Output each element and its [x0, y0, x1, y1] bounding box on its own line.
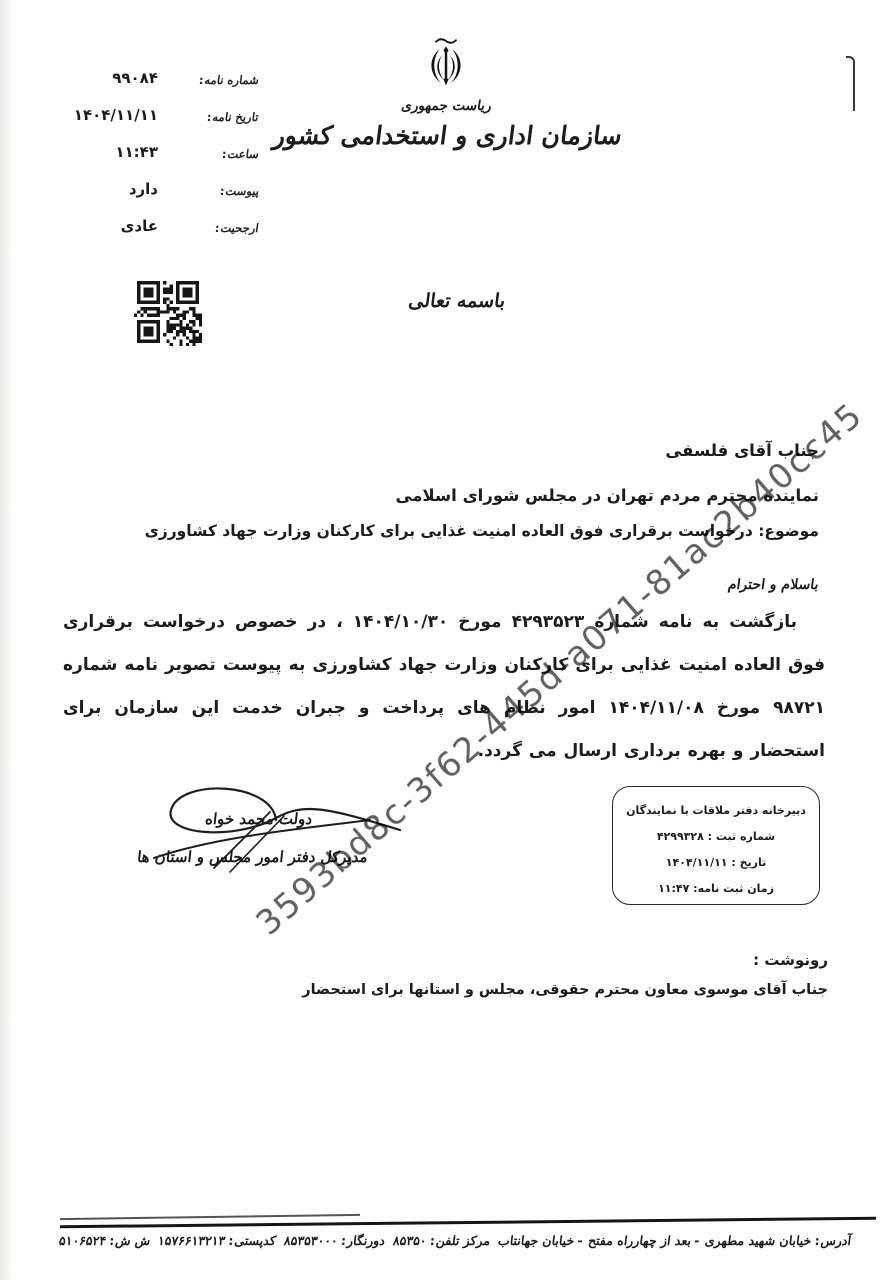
meta-row-priority: ارجحیت: عادی [62, 212, 258, 249]
footer-contact-row: آدرس: خیابان شهید مطهری - بعد از چهارراه… [58, 1233, 850, 1248]
signatory-name: دولت محمد خواه [203, 810, 313, 828]
stamp-office-line: دبیرخانه دفتر ملاقات با نمایندگان [613, 798, 819, 824]
stamp-date-line: تاریخ : ۱۴۰۴/۱۱/۱۱ [613, 850, 819, 876]
addressee-name: جناب آقای فلسفی [145, 441, 819, 460]
presidency-title: ریاست جمهوری [0, 98, 891, 114]
meta-value: عادی [121, 217, 158, 235]
footer-address: آدرس: خیابان شهید مطهری - بعد از چهارراه… [496, 1233, 851, 1248]
scan-edge-shadow [0, 0, 12, 1280]
meta-row-attachment: پیوست: دارد [62, 175, 258, 212]
footer-ref-number: ش ش: ۵۱۰۶۵۲۴ [57, 1233, 150, 1248]
registry-stamp: دبیرخانه دفتر ملاقات با نمایندگان شماره … [612, 786, 820, 905]
footer-divider [60, 1217, 876, 1229]
qr-code [134, 278, 202, 346]
meta-label: پیوست: [219, 184, 259, 198]
qr-code-canvas [134, 278, 202, 346]
footer-phone: مرکز تلفن: ۸۵۳۵۰ [391, 1233, 490, 1248]
cc-recipient-line: جناب آقای موسوی معاون محترم حقوقی، مجلس … [302, 982, 828, 998]
letterhead: ریاست جمهوری سازمان اداری و استخدامی کشو… [0, 36, 891, 150]
addressee-title: نماینده محترم مردم تهران در مجلس شورای ا… [145, 486, 819, 505]
stamp-time-line: زمان ثبت نامه: ۱۱:۴۷ [613, 876, 819, 902]
salutation-text: باسلام و احترام [726, 577, 818, 593]
iran-emblem-icon [423, 36, 469, 96]
cc-block: رونوشت : جناب آقای موسوی معاون محترم حقو… [302, 951, 828, 998]
scanned-letter-page: شماره نامه: ۹۹۰۸۴ تاریخ نامه: ۱۴۰۴/۱۱/۱۱… [0, 0, 891, 1280]
stamp-regno-line: شماره ثبت : ۴۲۹۹۳۲۸ [613, 824, 819, 850]
cc-heading: رونوشت : [302, 951, 828, 969]
meta-label: ارجحیت: [215, 221, 259, 235]
footer-divider-shadow [60, 1214, 360, 1220]
meta-value: دارد [129, 180, 158, 198]
organization-name: سازمان اداری و استخدامی کشور [0, 121, 891, 150]
footer-postal-code: کدپستی: ۱۵۷۶۶۱۳۲۱۳ [156, 1233, 276, 1248]
corner-bracket-mark [846, 56, 855, 111]
footer-fax: دورنگار: ۸۵۳۵۳۰۰۰ [282, 1233, 385, 1248]
